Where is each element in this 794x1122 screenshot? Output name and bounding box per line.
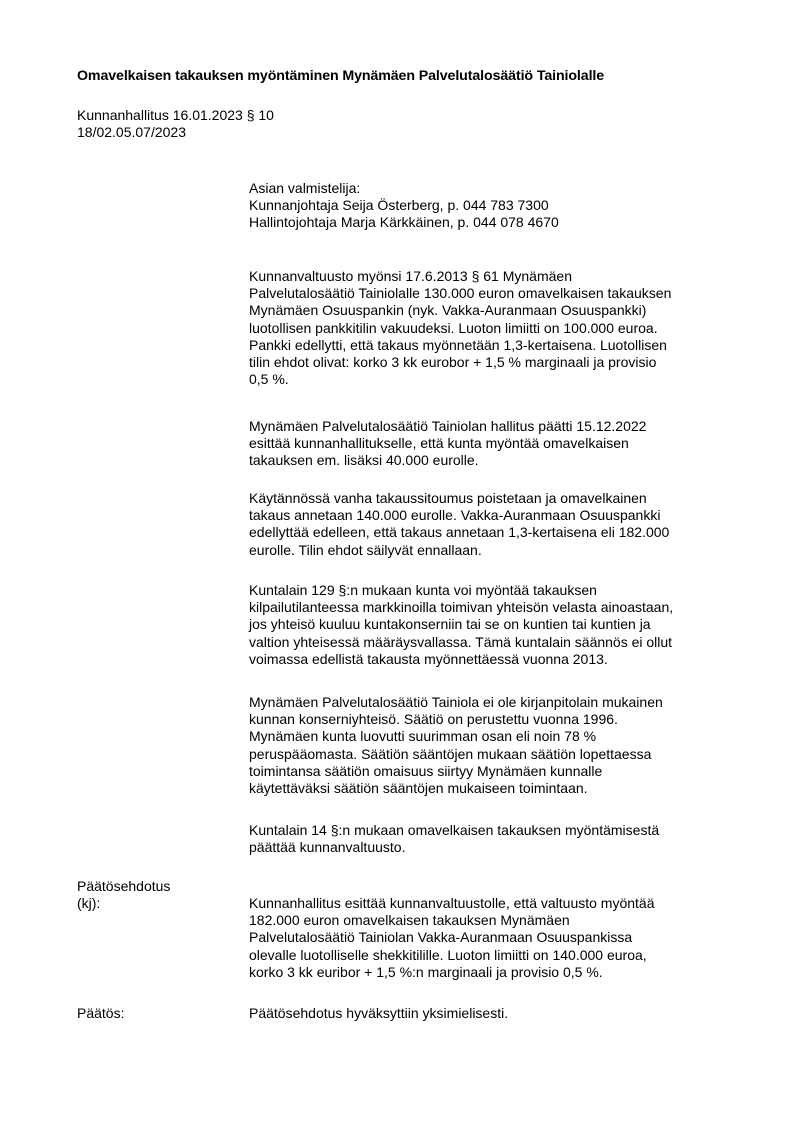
paragraph-municipal-act-14: Kuntalain 14 §:n mukaan omavelkaisen tak… <box>249 822 659 856</box>
preparers-block: Asian valmistelija: Kunnanjohtaja Seija … <box>249 180 559 232</box>
text-line: Palvelutalosäätiö Tainiolalle 130.000 eu… <box>249 285 671 302</box>
text-line: olevalle luotolliselle shekkitilille. Lu… <box>249 947 655 964</box>
preparer-line: Kunnanjohtaja Seija Österberg, p. 044 78… <box>249 197 559 214</box>
text-line: Palvelutalosäätiö Tainiolan Vakka-Auranm… <box>249 929 655 946</box>
text-line: päättää kunnanvaltuusto. <box>249 839 659 856</box>
paragraph-board-decision: Mynämäen Palvelutalosäätiö Tainiolan hal… <box>249 418 646 470</box>
text-line: Käytännössä vanha takaussitoumus poistet… <box>249 490 669 507</box>
text-line: 182.000 euron omavelkaisen takauksen Myn… <box>249 912 655 929</box>
text-line: takauksen em. lisäksi 40.000 eurolle. <box>249 452 646 469</box>
preparer-line: Hallintojohtaja Marja Kärkkäinen, p. 044… <box>249 214 559 231</box>
text-line: toimintansa säätiön omaisuus siirtyy Myn… <box>249 763 663 780</box>
text-line: Mynämäen Palvelutalosäätiö Tainiolan hal… <box>249 418 646 435</box>
text-line: edellyttää edelleen, että takaus annetaa… <box>249 524 669 541</box>
text-line: Mynämäen kunta luovutti suurimman osan e… <box>249 728 663 745</box>
text-line: Kuntalain 129 §:n mukaan kunta voi myönt… <box>249 582 673 599</box>
text-line: Mynämäen Palvelutalosäätiö Tainiola ei o… <box>249 694 663 711</box>
proposal-label: Päätösehdotus (kj): <box>77 878 170 912</box>
proposal-label-line: Päätösehdotus <box>77 878 170 895</box>
meeting-meta: Kunnanhallitus 16.01.2023 § 10 18/02.05.… <box>77 107 274 141</box>
text-line: käytettäväksi säätiön sääntöjen mukaisee… <box>249 780 663 797</box>
paragraph-in-practice: Käytännössä vanha takaussitoumus poistet… <box>249 490 669 559</box>
text-line: jos yhteisö kuuluu kuntakonserniin tai s… <box>249 616 673 633</box>
text-line: Pankki edellytti, että takaus myönnetään… <box>249 337 671 354</box>
decision-text: Päätösehdotus hyväksyttiin yksimielisest… <box>249 1005 508 1022</box>
proposal-label-line: (kj): <box>77 895 170 912</box>
text-line: valtion yhteisessä määräysvallassa. Tämä… <box>249 634 673 651</box>
meeting-reference: Kunnanhallitus 16.01.2023 § 10 <box>77 107 274 124</box>
record-number: 18/02.05.07/2023 <box>77 124 274 141</box>
text-line: 0,5 %. <box>249 371 671 388</box>
document-page: Omavelkaisen takauksen myöntäminen Mynäm… <box>0 0 794 1122</box>
preparers-heading: Asian valmistelija: <box>249 180 559 197</box>
decision-label: Päätös: <box>77 1005 124 1022</box>
text-line: peruspääomasta. Säätiön sääntöjen mukaan… <box>249 746 663 763</box>
document-title: Omavelkaisen takauksen myöntäminen Mynäm… <box>77 68 604 84</box>
text-line: esittää kunnanhallitukselle, että kunta … <box>249 435 646 452</box>
text-line: kilpailutilanteessa markkinoilla toimiva… <box>249 599 673 616</box>
paragraph-previous-guarantee: Kunnanvaltuusto myönsi 17.6.2013 § 61 My… <box>249 268 671 388</box>
text-line: korko 3 kk euribor + 1,5 %:n marginaali … <box>249 964 655 981</box>
text-line: Kunnanvaltuusto myönsi 17.6.2013 § 61 My… <box>249 268 671 285</box>
text-line: Kuntalain 14 §:n mukaan omavelkaisen tak… <box>249 822 659 839</box>
paragraph-municipal-act-129: Kuntalain 129 §:n mukaan kunta voi myönt… <box>249 582 673 668</box>
text-line: takaus annetaan 140.000 eurolle. Vakka-A… <box>249 507 669 524</box>
proposal-text: Kunnanhallitus esittää kunnanvaltuustoll… <box>249 895 655 981</box>
text-line: eurolle. Tilin ehdot säilyvät ennallaan. <box>249 542 669 559</box>
text-line: Kunnanhallitus esittää kunnanvaltuustoll… <box>249 895 655 912</box>
text-line: tilin ehdot olivat: korko 3 kk eurobor +… <box>249 354 671 371</box>
text-line: Mynämäen Osuuspankin (nyk. Vakka-Auranma… <box>249 302 671 319</box>
text-line: kunnan konserniyhteisö. Säätiö on perust… <box>249 711 663 728</box>
paragraph-foundation-status: Mynämäen Palvelutalosäätiö Tainiola ei o… <box>249 694 663 797</box>
text-line: luotollisen pankkitilin vakuudeksi. Luot… <box>249 320 671 337</box>
text-line: voimassa edellistä takausta myönnettäess… <box>249 651 673 668</box>
